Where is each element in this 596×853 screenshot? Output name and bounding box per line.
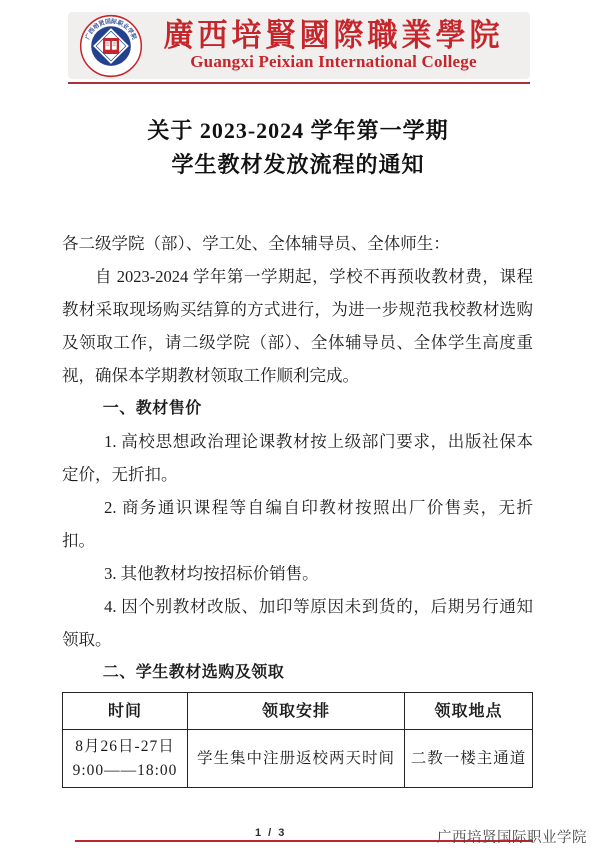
col-header-arrangement: 领取安排: [188, 693, 405, 730]
cell-time: 8月26日-27日 9:00——18:00: [63, 730, 188, 788]
header-divider-line: [68, 82, 530, 84]
table-header-row: 时间 领取安排 领取地点: [63, 693, 533, 730]
section-1-item-4: 4. 因个别教材改版、加印等原因未到货的，后期另行通知领取。: [62, 590, 533, 656]
section-1-item-2: 2. 商务通识课程等自编自印教材按照出厂价售卖，无折扣。: [62, 491, 533, 557]
doc-title-line2: 学生教材发放流程的通知: [171, 152, 424, 177]
col-header-location: 领取地点: [405, 693, 533, 730]
section-1-item-3: 3. 其他教材均按招标价销售。: [62, 557, 533, 590]
doc-body: 各二级学院（部）、学工处、全体辅导员、全体师生： 自 2023-2024 学年第…: [62, 227, 533, 788]
section-1-item-1: 1. 高校思想政治理论课教材按上级部门要求，出版社保本定价，无折扣。: [62, 425, 533, 491]
table-row: 8月26日-27日 9:00——18:00 学生集中注册返校两天时间 二教一楼主…: [63, 730, 533, 788]
page-footer: 1 / 3 广西培贤国际职业学院: [0, 807, 596, 853]
section-2-heading: 二、学生教材选购及领取: [62, 656, 533, 689]
cell-arrangement: 学生集中注册返校两天时间: [188, 730, 405, 788]
cell-time-dates: 8月26日-27日: [67, 735, 183, 759]
letterhead-panel: 广西培贤国际职业学院 GUANGXI PEIXIAN INTERNATIONAL…: [68, 12, 530, 79]
col-header-time: 时间: [63, 693, 188, 730]
cell-location: 二教一楼主通道: [405, 730, 533, 788]
pickup-schedule-table: 时间 领取安排 领取地点 8月26日-27日 9:00——18:00 学生集中注…: [62, 692, 533, 788]
cell-time-hours: 9:00——18:00: [67, 759, 183, 783]
college-name-block: 廣西培賢國際職業學院 Guangxi Peixian International…: [143, 21, 530, 70]
section-1-heading: 一、教材售价: [62, 392, 533, 425]
college-seal-icon: 广西培贤国际职业学院 GUANGXI PEIXIAN INTERNATIONAL…: [79, 14, 143, 78]
doc-title: 关于 2023-2024 学年第一学期 学生教材发放流程的通知: [0, 114, 596, 182]
intro-paragraph: 自 2023-2024 学年第一学期起，学校不再预收教材费，课程教材采取现场购买…: [62, 260, 533, 392]
footer-college-name: 广西培贤国际职业学院: [437, 826, 587, 847]
college-name-zh: 廣西培賢國際職業學院: [143, 20, 524, 52]
letterhead: 广西培贤国际职业学院 GUANGXI PEIXIAN INTERNATIONAL…: [68, 12, 530, 84]
doc-title-line1: 关于 2023-2024 学年第一学期: [147, 118, 448, 143]
page-number: 1 / 3: [255, 827, 286, 839]
college-name-en: Guangxi Peixian International College: [143, 53, 524, 70]
document-page: 广西培贤国际职业学院 GUANGXI PEIXIAN INTERNATIONAL…: [0, 0, 596, 853]
salutation: 各二级学院（部）、学工处、全体辅导员、全体师生：: [62, 227, 533, 260]
